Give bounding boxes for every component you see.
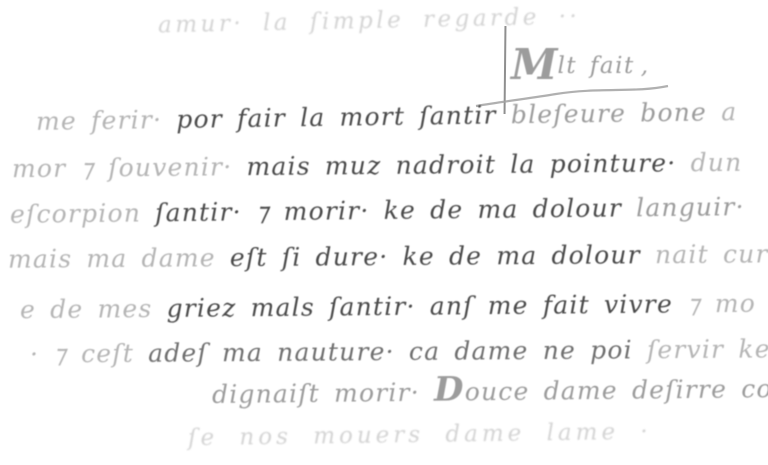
- text-line: e de mes griez mals ſantir· anſ me fait …: [20, 289, 756, 324]
- manuscript-word-run: D: [434, 369, 465, 409]
- manuscript-page: amur· la ſimple regarde ·· Mlt fait, me …: [0, 0, 768, 465]
- manuscript-word-run: dignaiſt morir·: [212, 378, 434, 409]
- rubric-text: lt fait: [558, 53, 635, 79]
- manuscript-word-run: a: [707, 97, 738, 126]
- manuscript-word-run: ⁊ mo: [687, 289, 756, 319]
- text-line: me ferir· por fair la mort ſantir bleſeu…: [36, 97, 738, 136]
- manuscript-word-run: bleſeure bone: [511, 98, 708, 130]
- manuscript-word-run: · ⁊ ceſt: [30, 339, 148, 369]
- manuscript-word-run: griez mals ſantir· anſ me fait vivre: [166, 289, 687, 323]
- manuscript-word-run: dun: [676, 148, 742, 178]
- manuscript-word-run: ouce dame deſirre con: [465, 374, 768, 406]
- manuscript-word-run: mais ma dame: [8, 243, 230, 274]
- manuscript-word-run: mais muz nadroit la pointure·: [246, 148, 676, 181]
- manuscript-word-run: nait cure: [655, 239, 768, 269]
- text-line: dignaiſt morir· Douce dame deſirre con: [212, 374, 768, 409]
- manuscript-word-run: eſt ſi dure· ke de ma dolour: [230, 240, 655, 272]
- text-line: · ⁊ ceſt adeſ ma nauture· ca dame ne poi…: [30, 334, 768, 368]
- manuscript-word-run: mor ⁊ ſouvenir·: [12, 152, 247, 183]
- bleedthrough-line-top: amur· la ſimple regarde ··: [158, 4, 581, 39]
- bleedthrough-line-bottom: ſe nos mouers dame lame ·: [188, 419, 652, 451]
- manuscript-word-run: me ferir·: [36, 105, 177, 136]
- text-line: eſcorpion ſantir· ⁊ morir· ke de ma dolo…: [10, 192, 745, 229]
- manuscript-word-run: eſcorpion: [10, 198, 155, 229]
- manuscript-word-run: e de mes: [20, 294, 167, 324]
- text-line: mais ma dame eſt ſi dure· ke de ma dolou…: [8, 239, 768, 273]
- manuscript-word-run: por fair la mort ſantir: [176, 100, 511, 134]
- manuscript-word-run: ſervir ke: [647, 334, 768, 364]
- manuscript-word-run: languir·: [636, 192, 745, 222]
- manuscript-word-run: ſantir· ⁊ morir· ke de ma dolour: [155, 193, 636, 227]
- text-line: mor ⁊ ſouvenir· mais muz nadroit la poin…: [12, 148, 743, 183]
- rubric-punctuation-mark: ,: [641, 53, 648, 79]
- manuscript-word-run: adeſ ma nauture· ca dame ne poi: [148, 335, 647, 367]
